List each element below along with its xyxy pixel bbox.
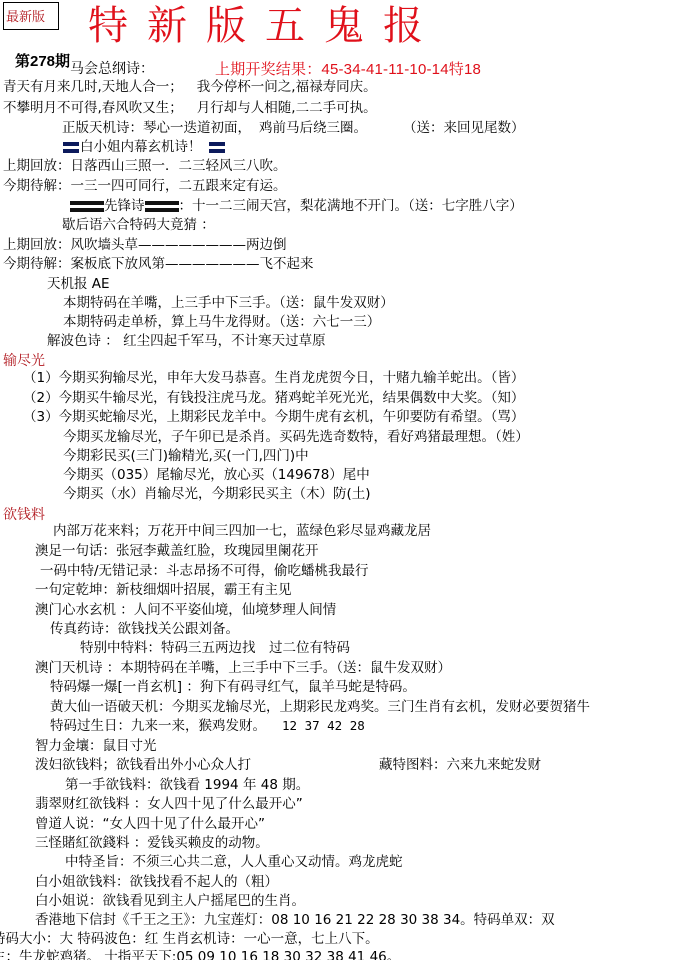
poem-line-1b: 我今停杯一问之,福禄寿同庆。 [197, 79, 377, 95]
tianji-line-2: 本期特码走单桥，算上马牛龙得财。（送：六七一三） [63, 313, 380, 331]
money-line: 黄大仙一语破天机：今期买龙输尽光，上期彩民龙鸡奖。三门生肖有玄机，发财必要贺猪牛 [50, 698, 590, 716]
poem-line-1: 青天有月来几时,天地人合一；我今停杯一问之,福禄寿同庆。 [3, 78, 377, 96]
lose-item: 今期彩民买(三门)输精光,买(一门,四门)中 [63, 447, 309, 465]
lose-item: 今期买（035）尾输尽光，放心买（149678）尾中 [63, 466, 370, 484]
tianji-line-1: 本期特码在羊嘴，上三手中下三手。（送：鼠牛发双财） [63, 294, 394, 312]
baixiaojie-title: 白小姐内幕玄机诗！ [80, 139, 202, 155]
money-line: 中特圣旨：不须三心共二意，人人重心又动情。鸡龙虎蛇 [65, 853, 403, 871]
birthday-numbers: 12 37 42 28 [282, 718, 365, 733]
cangte-line: 藏特图料：六来九来蛇发财 [379, 756, 541, 774]
page-title: 特新版五鬼报 [88, 2, 442, 50]
money-line: 传真药诗：欲钱找关公跟刘备。 [50, 620, 239, 638]
zhengban-text-b: 鸡前马后绕三圈。 [259, 120, 367, 136]
lose-item: 今期买龙输尽光，子午卯已是杀肖。买码先选奇数特，看好鸡猪最理想。（姓） [63, 428, 529, 446]
money-line: 一码中特/无错记录：斗志昂扬不可得，偷吃蟠桃我最行 [40, 562, 369, 580]
issue-number: 第278期 [15, 50, 70, 71]
money-line: 生：牛龙蛇鸡猪。 十指平天下:05 09 10 16 18 30 32 38 4… [0, 948, 400, 960]
poem-line-2: 不攀明月不可得,春风吹又生；月行却与人相随,二二手可执。 [3, 99, 377, 117]
money-line: 泼妇欲钱料；欲钱看出外小心众人打 [35, 756, 251, 774]
badge-label: 最新版 [6, 6, 45, 25]
money-section-heading: 欲钱料 [3, 504, 45, 524]
money-line: 特码爆一爆[一肖玄机] ：狗下有码寻红气，鼠羊马蛇是特码。 [50, 678, 416, 696]
poem-line-2a: 不攀明月不可得,春风吹又生； [3, 100, 183, 116]
xianfeng-text: ：十一二三闹天宫，梨花满地不开门。（送：七字胜八字） [179, 198, 523, 214]
xiehouyu-title: 歇后语六合特码大竟猜 ： [62, 216, 215, 234]
money-line: 内部万花来料；万花开中间三四加一七，蓝绿色彩尽显鸡藏龙居 [53, 522, 431, 540]
birthday-text: 特码过生日：九来一来，猴鸡发财。 [50, 718, 266, 734]
black-bar-icon [70, 201, 104, 212]
money-line: 澳门心水玄机 ：人问不平姿仙境，仙境梦理人间情 [35, 601, 336, 619]
latest-edition-badge: 最新版 [3, 2, 59, 30]
money-line: 翡翠财红欲钱料 ：女人四十见了什么最开心” [35, 795, 303, 813]
money-line: 澳足一句话：张冠李戴盖红脸，玫瑰园里阑花开 [35, 542, 319, 560]
zhengban-poem: 正版天机诗：琴心一迭道初面，鸡前马后绕三圈。（送：来回见尾数） [62, 119, 525, 137]
lose-item: （3）今期买蛇输尽光，上期彩民龙羊中。今期牛虎有玄机，午卯要防有希望。（骂） [23, 408, 524, 426]
last-draw-result: 上期开奖结果：45-34-41-11-10-14特18 [215, 58, 481, 79]
money-line: 一句定乾坤：新枝细烟叶招展，霸王有主见 [35, 581, 292, 599]
money-line: 特码大小：大 特码波色：红 生肖玄机诗：一心一意，七上八下。 [0, 930, 379, 948]
money-line: 白小姐欲钱料：欲钱找看不起人的（粗） [35, 873, 278, 891]
lose-item: （2）今期买牛输尽光，有钱投注虎马龙。猪鸡蛇羊死光光，结果偶数中大奖。（知） [23, 389, 524, 407]
money-line: 智力金壤：鼠目寸光 [35, 737, 157, 755]
money-line: 特别中特料：特码三五两边找 过二位有特码 [80, 639, 350, 657]
poem-line-2b: 月行却与人相随,二二手可执。 [197, 100, 377, 116]
zhengban-gift: （送：来回见尾数） [403, 120, 525, 136]
money-line-birthday: 特码过生日：九来一来，猴鸡发财。12 37 42 28 [50, 717, 365, 735]
lose-item: 今期买（水）肖输尽光，今期彩民买主（木）防(土) [63, 485, 371, 503]
last-review: 上期回放：日落西山三照一．二三轻风三八吹。 [3, 157, 287, 175]
zhengban-text-a: 正版天机诗：琴心一迭道初面， [62, 120, 251, 136]
lose-item: （1）今期买狗输尽光，申年大发马恭喜。生肖龙虎贺今日，十赌九输羊蛇出。（皆） [23, 369, 524, 387]
xianfeng-label: 先锋诗 [104, 198, 145, 214]
money-line: 曾道人说：“女人四十见了什么最开心” [35, 815, 265, 833]
money-line: 三怪賭紅欲錢料 ：爱钱买赖皮的动物。 [35, 834, 269, 852]
navy-bar-icon [63, 142, 79, 153]
money-line: 第一手欲钱料：欲钱看 1994 年 48 期。 [65, 776, 309, 794]
xiehouyu-last: 上期回放：风吹墙头草————————两边倒 [3, 236, 287, 254]
black-bar-icon [145, 201, 179, 212]
xianfeng-poem: 先锋诗：十一二三闹天宫，梨花满地不开门。（送：七字胜八字） [70, 197, 523, 215]
current-solve: 今期待解：一三一四可同行，二五跟来定有运。 [3, 177, 287, 195]
lose-section-heading: 输尽光 [3, 350, 45, 370]
money-line: 白小姐说：欲钱看见到主人户摇尾巴的生肖。 [35, 892, 305, 910]
navy-bar-icon [209, 142, 225, 153]
xiehouyu-current: 今期待解：案板底下放风第———————飞不起来 [3, 255, 314, 273]
poem-label: 马会总纲诗： [70, 60, 154, 78]
poem-line-1a: 青天有月来几时,天地人合一； [3, 79, 183, 95]
tianji-title: 天机报 AE [47, 275, 110, 293]
jiebo-poem: 解波色诗 ： 红尘四起千军马，不计寒天过草原 [47, 332, 326, 350]
money-line: 澳门天机诗 ：本期特码在羊嘴，上三手中下三手。（送：鼠牛发双财） [35, 659, 451, 677]
baixiaojie-heading: 白小姐内幕玄机诗！ [62, 138, 226, 156]
money-line: 香港地下信封《千王之王》：九宝莲灯：08 10 16 21 22 28 30 3… [35, 911, 555, 929]
